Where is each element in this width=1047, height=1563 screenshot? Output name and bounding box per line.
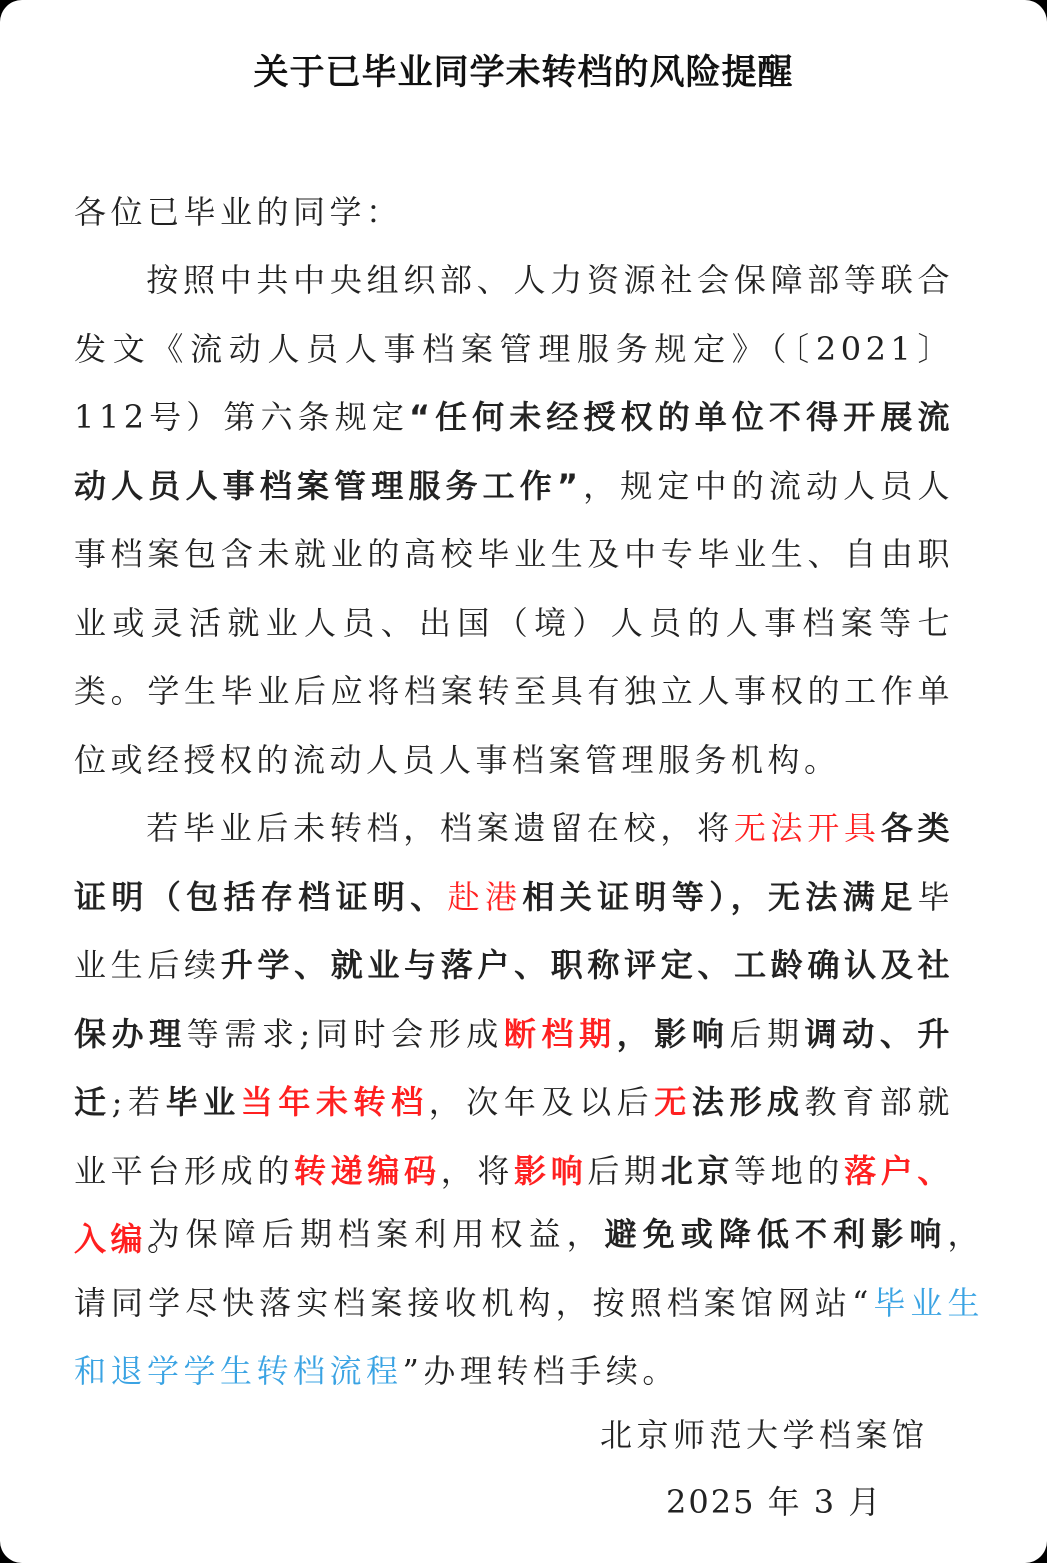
risk-text: 等需求;同时会形成 (187, 1015, 504, 1053)
risk-highlight: 断档期 (504, 1015, 617, 1053)
risk-highlight: 影响 (514, 1152, 587, 1190)
regulation-detail: ，规定中的流动人员人事档案包含未就业的高校毕业生及中专毕业生、自由职业或灵活就业… (74, 467, 954, 779)
risk-bold: 毕业 (166, 1083, 241, 1121)
risk-text: 后期 (587, 1152, 660, 1190)
paragraph-regulation: 按照中共中央组织部、人力资源社会保障部等联合发文《流动人员人事档案管理服务规定》… (74, 246, 954, 794)
risk-highlight: 赴港 (448, 878, 523, 916)
paragraph-action: 为保障后期档案利用权益，避免或降低不利影响，请同学尽快落实档案接收机构，按照档案… (74, 1200, 984, 1406)
risk-text: 若毕业后未转档，档案遗留在校，将 (146, 809, 734, 847)
risk-text: 后续 (147, 946, 220, 984)
risk-highlight: 当年未转档 (241, 1083, 429, 1121)
notice-document: 关于已毕业同学未转档的风险提醒 各位已毕业的同学： 按照中共中央组织部、人力资源… (0, 0, 1047, 1563)
document-date: 2025 年 3 月 (666, 1472, 882, 1532)
risk-text: 等地的 (734, 1152, 844, 1190)
risk-highlight: 无法开具 (734, 809, 881, 847)
risk-text: ;若 (112, 1083, 166, 1121)
action-text: ”办理转档手续。 (403, 1352, 679, 1390)
action-bold: 避免或降低不利影响 (605, 1215, 948, 1253)
risk-bold: 相关证明等），无法满足 (522, 878, 917, 916)
risk-text: ，将 (441, 1152, 514, 1190)
risk-highlight: 转递编码 (294, 1152, 441, 1190)
document-title: 关于已毕业同学未转档的风险提醒 (0, 48, 1047, 98)
risk-text: ，次年及以后 (429, 1083, 655, 1121)
risk-bold: 北京 (661, 1152, 734, 1190)
risk-bold: 法形成 (692, 1083, 805, 1121)
risk-highlight: 无 (654, 1083, 692, 1121)
greeting: 各位已毕业的同学： (74, 178, 403, 247)
risk-text: 后期 (729, 1015, 804, 1053)
signature: 北京师范大学档案馆 (600, 1405, 929, 1465)
risk-bold: ，影响 (617, 1015, 730, 1053)
action-text: 为保障后期档案利用权益， (146, 1215, 605, 1253)
